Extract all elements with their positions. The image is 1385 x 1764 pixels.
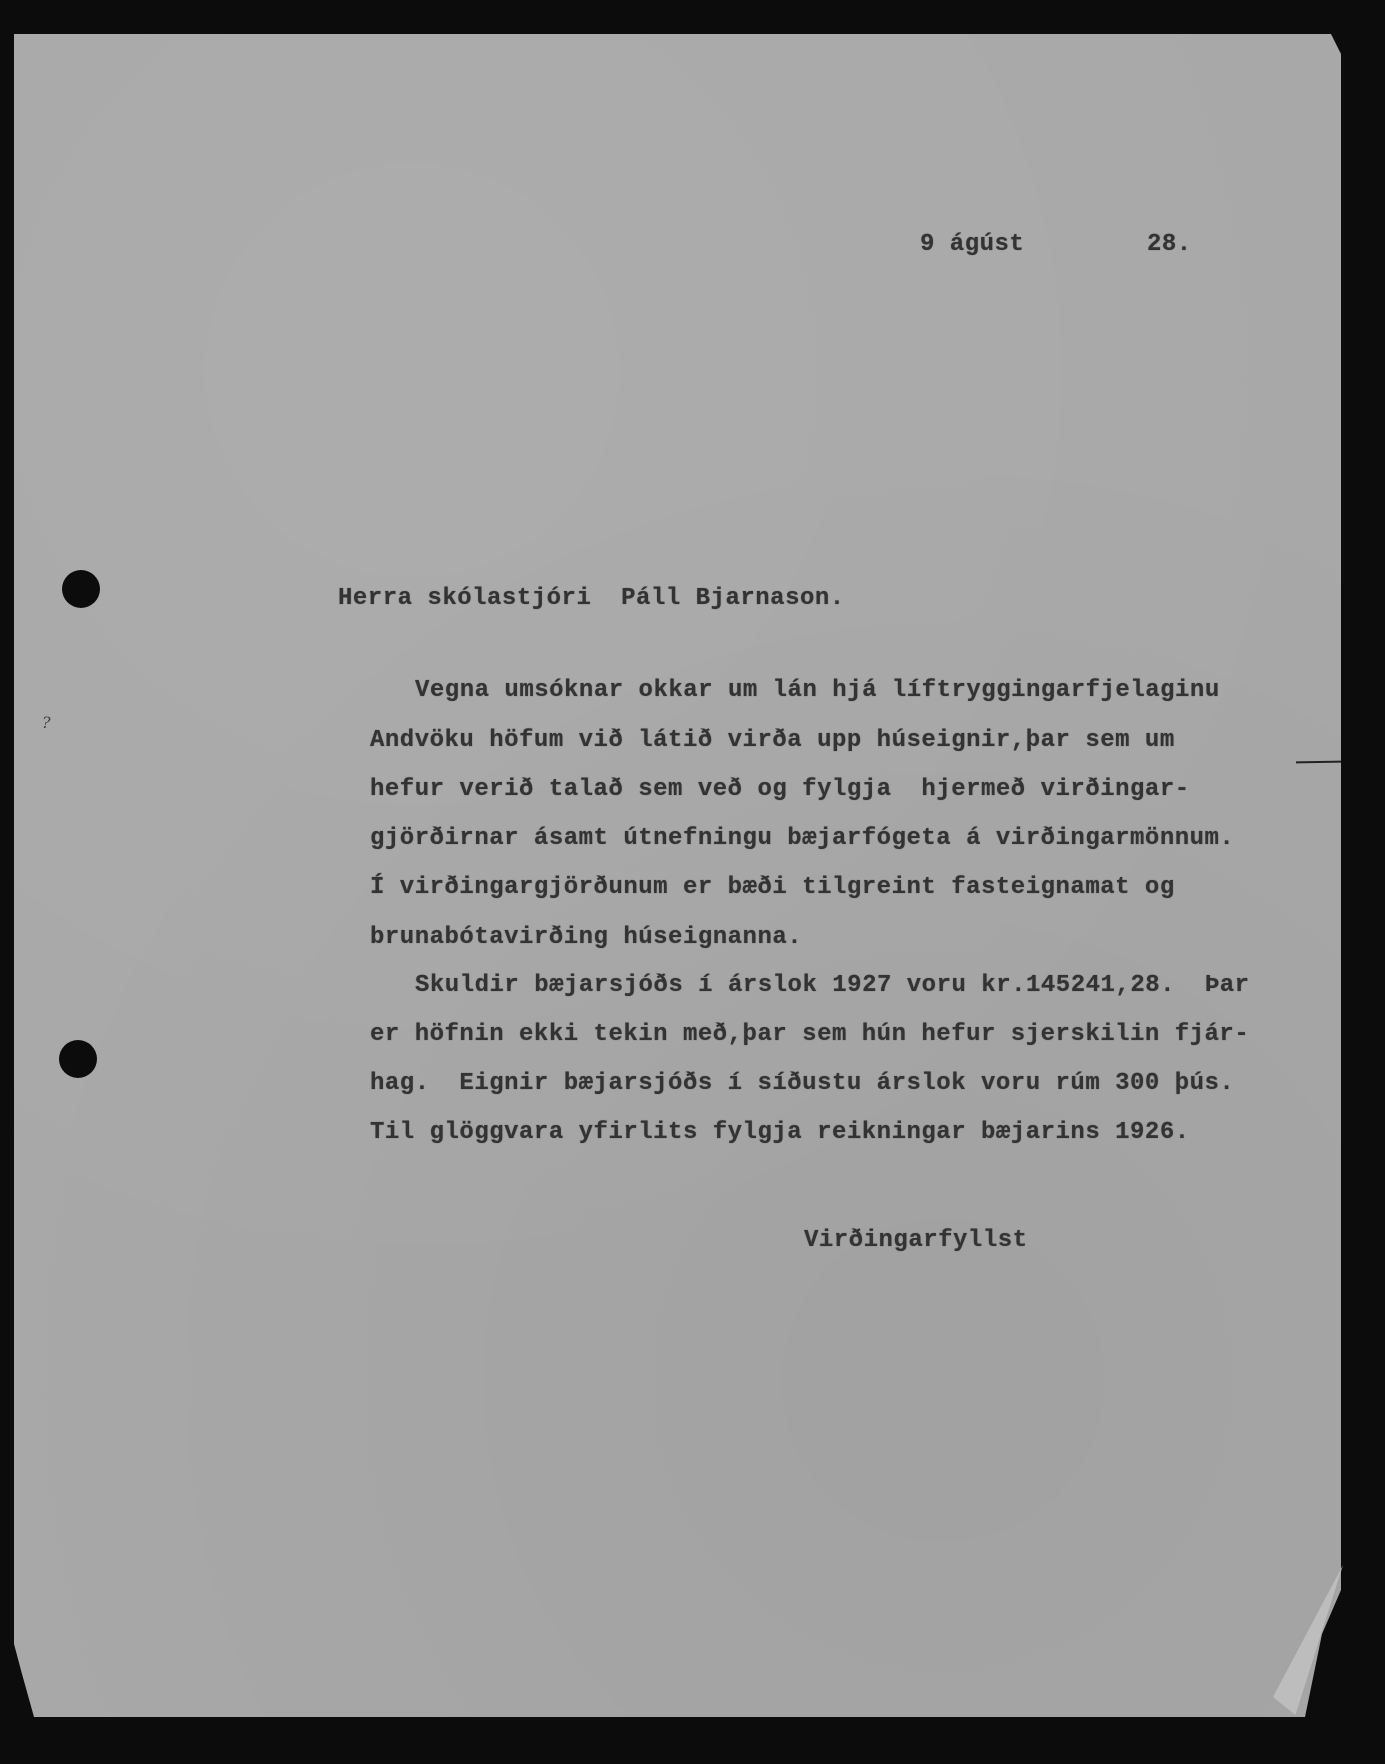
date-year: 28. (1147, 231, 1192, 258)
date-day-month: 9 ágúst (920, 231, 1024, 258)
body-line: Vegna umsóknar okkar um lán hjá líftrygg… (415, 677, 1220, 704)
punch-hole-bottom (59, 1040, 97, 1078)
body-line: Skuldir bæjarsjóðs í árslok 1927 voru kr… (415, 972, 1250, 999)
punch-hole-top (62, 570, 100, 608)
body-line: er höfnin ekki tekin með,þar sem hún hef… (370, 1021, 1249, 1048)
body-line: hag. Eignir bæjarsjóðs í síðustu árslok … (370, 1070, 1234, 1097)
body-line: Í virðingargjörðunum er bæði tilgreint f… (370, 874, 1175, 901)
body-line: brunabótavirðing húseignanna. (370, 924, 802, 951)
salutation: Herra skólastjóri Páll Bjarnason. (338, 585, 845, 612)
closing: Virðingarfyllst (804, 1227, 1028, 1254)
body-line: Til glöggvara yfirlits fylgja reikningar… (370, 1119, 1190, 1146)
body-line: hefur verið talað sem veð og fylgja hjer… (370, 776, 1190, 803)
body-line: gjörðirnar ásamt útnefningu bæjarfógeta … (370, 825, 1234, 852)
margin-pencil-mark: ? (42, 713, 51, 732)
body-line: Andvöku höfum við látið virða upp húseig… (370, 727, 1175, 754)
